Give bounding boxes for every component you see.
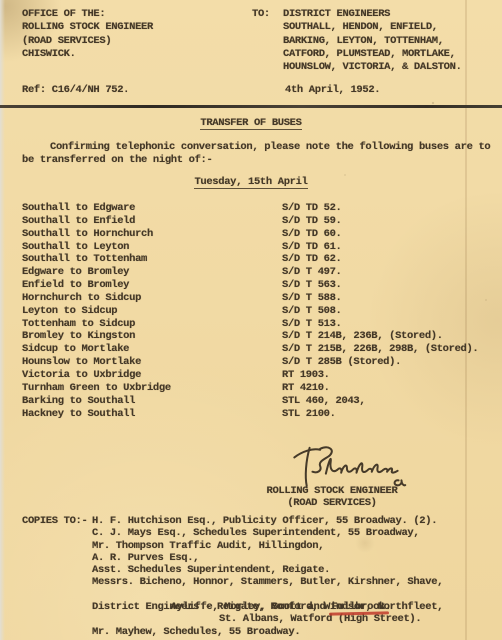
- recipient-line: HOUNSLOW, VICTORIA, & DALSTON.: [283, 61, 462, 74]
- intro-paragraph: Confirming telephonic conversation, plea…: [22, 141, 492, 168]
- transfer-route: Southall to Tottenham: [22, 253, 282, 266]
- to-label: TO:: [252, 8, 283, 74]
- document-title: TRANSFER OF BUSES: [200, 117, 301, 130]
- transfer-fleet: S/D T 285B (Stored).: [282, 356, 401, 369]
- transfer-row: Leyton to SidcupS/D T 508.: [22, 305, 478, 318]
- recipient-line: CATFORD, PLUMSTEAD, MORTLAKE,: [283, 48, 462, 61]
- transfer-route: Southall to Leyton: [22, 241, 282, 254]
- transfer-row: Southall to HornchurchS/D TD 60.: [22, 228, 478, 241]
- copies-line: A. R. Purves Esq.,: [22, 552, 443, 564]
- transfer-row: Hounslow to MortlakeS/D T 285B (Stored).: [22, 356, 478, 369]
- sender-line: ROLLING STOCK ENGINEER: [22, 21, 153, 34]
- transfer-route: Edgware to Bromley: [22, 266, 282, 279]
- transfer-row: Bromley to KingstonS/D T 214B, 236B, (St…: [22, 330, 478, 343]
- copies-line: St. Albans, Watford (High Street).: [22, 613, 443, 625]
- handwritten-signature: [280, 444, 410, 488]
- transfer-fleet: S/D T 497.: [282, 266, 342, 279]
- transfer-fleet: STL 2100.: [282, 408, 336, 421]
- transfer-fleet: S/D T 563.: [282, 279, 342, 292]
- recipient-list: DISTRICT ENGINEERS SOUTHALL, HENDON, ENF…: [283, 8, 462, 74]
- transfer-row: Turnham Green to UxbridgeRT 4210.: [22, 382, 478, 395]
- header-rule: [0, 105, 502, 108]
- transfer-route: Enfield to Bromley: [22, 279, 282, 292]
- intro-line: Confirming telephonic conversation, plea…: [22, 141, 492, 154]
- transfer-row: Southall to TottenhamS/D TD 62.: [22, 253, 478, 266]
- transfer-route: Sidcup to Mortlake: [22, 343, 282, 356]
- copies-line: Mr. Thompson Traffic Audit, Hillingdon,: [22, 540, 443, 552]
- copies-line: COPIES TO:- H. F. Hutchison Esq., Public…: [22, 515, 443, 527]
- transfer-fleet: STL 460, 2043,: [282, 395, 365, 408]
- transfer-row: Victoria to UxbridgeRT 1903.: [22, 369, 478, 382]
- copies-line: C. J. Mays Esq., Schedules Superintenden…: [22, 527, 443, 539]
- transfer-route: Southall to Enfield: [22, 215, 282, 228]
- transfer-list: Southall to EdgwareS/D TD 52. Southall t…: [22, 202, 478, 420]
- transfer-fleet: S/D TD 62.: [282, 253, 342, 266]
- transfer-fleet: RT 1903.: [282, 369, 330, 382]
- copies-list: COPIES TO:- H. F. Hutchison Esq., Public…: [22, 515, 443, 638]
- transfer-route: Turnham Green to Uxbridge: [22, 382, 282, 395]
- transfer-fleet: RT 4210.: [282, 382, 330, 395]
- transfer-fleet: S/D TD 59.: [282, 215, 342, 228]
- transfer-route: Victoria to Uxbridge: [22, 369, 282, 382]
- transfer-route: Hackney to Southall: [22, 408, 282, 421]
- transfer-route: Hornchurch to Sidcup: [22, 292, 282, 305]
- transfer-row: Hornchurch to SidcupS/D T 588.: [22, 292, 478, 305]
- recipient-line: DISTRICT ENGINEERS: [283, 8, 462, 21]
- copies-recipient: H. F. Hutchison Esq., Publicity Officer,…: [92, 515, 437, 527]
- sender-line: (ROAD SERVICES): [22, 35, 153, 48]
- sender-line: OFFICE OF THE:: [22, 8, 153, 21]
- signatory-department: (ROAD SERVICES): [262, 497, 402, 509]
- memo-document: OFFICE OF THE: ROLLING STOCK ENGINEER (R…: [0, 0, 502, 640]
- transfer-row: Tottenham to SidcupS/D T 513.: [22, 318, 478, 331]
- copies-line: Mr. Mayhew, Schedules, 55 Broadway.: [22, 626, 443, 638]
- signatory-title: ROLLING STOCK ENGINEER: [262, 485, 402, 497]
- recipient-line: BARKING, LEYTON, TOTTENHAM,: [283, 35, 462, 48]
- transfer-route: Southall to Hornchurch: [22, 228, 282, 241]
- transfer-route: Southall to Edgware: [22, 202, 282, 215]
- transfer-route: Bromley to Kingston: [22, 330, 282, 343]
- transfer-date-heading: Tuesday, 15th April: [194, 176, 307, 189]
- transfer-route: Tottenham to Sidcup: [22, 318, 282, 331]
- transfer-fleet: S/D TD 61.: [282, 241, 342, 254]
- copies-line: Asst. Schedules Superintendent, Reigate.: [22, 564, 443, 576]
- reference-number: Ref: C16/4/NH 752.: [22, 84, 129, 97]
- transfer-fleet: S/D T 588.: [282, 292, 342, 305]
- document-date: 4th April, 1952.: [285, 84, 380, 97]
- intro-line: be transferred on the night of:-: [22, 154, 492, 167]
- subtitle-row: Tuesday, 15th April: [22, 176, 480, 189]
- copies-line: Ayliffe, Morley, Scott and Fullbrook.: [22, 589, 443, 601]
- sender-line: CHISWICK.: [22, 48, 153, 61]
- transfer-fleet: S/D T 214B, 236B, (Stored).: [282, 330, 443, 343]
- transfer-row: Barking to SouthallSTL 460, 2043,: [22, 395, 478, 408]
- transfer-route: Barking to Southall: [22, 395, 282, 408]
- recipient-block: TO: DISTRICT ENGINEERS SOUTHALL, HENDON,…: [252, 8, 462, 74]
- signature-block: ROLLING STOCK ENGINEER (ROAD SERVICES): [262, 444, 402, 510]
- transfer-row: Sidcup to MortlakeS/D T 215B, 226B, 298B…: [22, 343, 478, 356]
- red-underlined-name: Fullbrook: [331, 601, 385, 613]
- transfer-row: Southall to EdgwareS/D TD 52.: [22, 202, 478, 215]
- transfer-row: Southall to EnfieldS/D TD 59.: [22, 215, 478, 228]
- scan-edge: [0, 0, 5, 640]
- transfer-fleet: S/D TD 52.: [282, 202, 342, 215]
- transfer-fleet: S/D T 508.: [282, 305, 342, 318]
- transfer-row: Edgware to BromleyS/D T 497.: [22, 266, 478, 279]
- transfer-row: Southall to LeytonS/D TD 61.: [22, 241, 478, 254]
- recipient-line: SOUTHALL, HENDON, ENFIELD,: [283, 21, 462, 34]
- transfer-fleet: S/D TD 60.: [282, 228, 342, 241]
- transfer-fleet: S/D T 215B, 226B, 298B, (Stored).: [282, 343, 478, 356]
- copies-line: Messrs. Bicheno, Honnor, Stammers, Butle…: [22, 576, 443, 588]
- transfer-row: Hackney to SouthallSTL 2100.: [22, 408, 478, 421]
- copies-label: COPIES TO:-: [22, 515, 92, 527]
- transfer-row: Enfield to BromleyS/D T 563.: [22, 279, 478, 292]
- transfer-route: Hounslow to Mortlake: [22, 356, 282, 369]
- transfer-route: Leyton to Sidcup: [22, 305, 282, 318]
- transfer-fleet: S/D T 513.: [282, 318, 342, 331]
- sender-address-block: OFFICE OF THE: ROLLING STOCK ENGINEER (R…: [22, 8, 153, 61]
- title-row: TRANSFER OF BUSES: [22, 117, 480, 130]
